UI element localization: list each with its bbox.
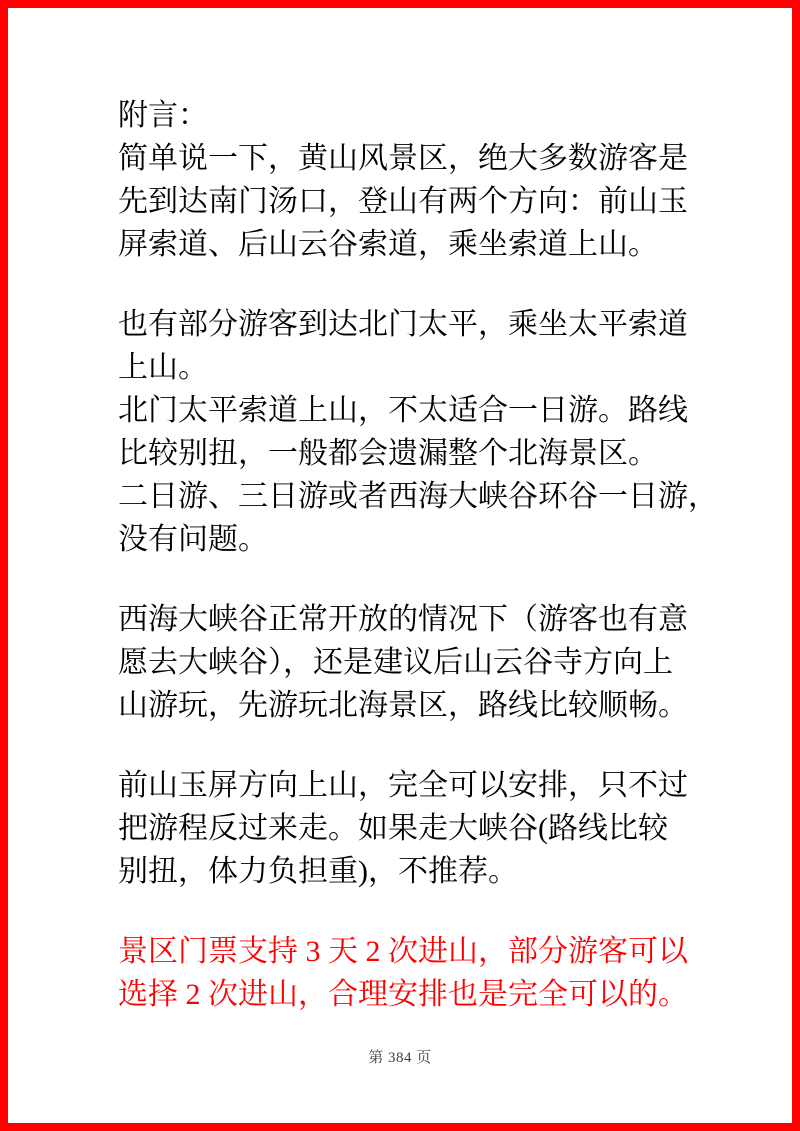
text-line: 比较别扭，一般都会遗漏整个北海景区。	[118, 432, 728, 475]
text-line: 把游程反过来走。如果走大峡谷(路线比较	[118, 807, 728, 850]
document-body: 附言： 简单说一下，黄山风景区，绝大多数游客是 先到达南门汤口，登山有两个方向：…	[118, 94, 728, 1016]
paragraph-front-mountain: 前山玉屏方向上山，完全可以安排，只不过 把游程反过来走。如果走大峡谷(路线比较 …	[118, 764, 728, 893]
paragraph-north-gate: 也有部分游客到达北门太平，乘坐太平索道 上山。 北门太平索道上山，不太适合一日游…	[118, 303, 728, 561]
text-line: 先到达南门汤口，登山有两个方向：前山玉	[118, 180, 728, 223]
text-line: 愿去大峡谷），还是建议后山云谷寺方向上	[118, 641, 728, 684]
paragraph-west-canyon: 西海大峡谷正常开放的情况下（游客也有意 愿去大峡谷），还是建议后山云谷寺方向上 …	[118, 598, 728, 727]
text-line: 选择 2 次进山，合理安排也是完全可以的。	[118, 973, 728, 1016]
footer-page-number: 第 384 页	[8, 1050, 792, 1067]
text-line: 也有部分游客到达北门太平，乘坐太平索道	[118, 303, 728, 346]
document-page: 附言： 简单说一下，黄山风景区，绝大多数游客是 先到达南门汤口，登山有两个方向：…	[0, 0, 800, 1131]
text-line: 西海大峡谷正常开放的情况下（游客也有意	[118, 598, 728, 641]
text-line: 北门太平索道上山，不太适合一日游。路线	[118, 389, 728, 432]
text-line: 屏索道、后山云谷索道，乘坐索道上山。	[118, 223, 728, 266]
text-line: 景区门票支持 3 天 2 次进山，部分游客可以	[118, 930, 728, 973]
text-line: 别扭，体力负担重)，不推荐。	[118, 850, 728, 893]
text-line: 上山。	[118, 346, 728, 389]
text-line: 前山玉屏方向上山，完全可以安排，只不过	[118, 764, 728, 807]
paragraph-ticket-notice: 景区门票支持 3 天 2 次进山，部分游客可以 选择 2 次进山，合理安排也是完…	[118, 930, 728, 1016]
text-line: 简单说一下，黄山风景区，绝大多数游客是	[118, 137, 728, 180]
text-line: 附言：	[118, 94, 728, 137]
text-line: 山游玩，先游玩北海景区，路线比较顺畅。	[118, 684, 728, 727]
text-line: 二日游、三日游或者西海大峡谷环谷一日游，	[118, 475, 728, 518]
text-line: 没有问题。	[118, 518, 728, 561]
paragraph-intro: 附言： 简单说一下，黄山风景区，绝大多数游客是 先到达南门汤口，登山有两个方向：…	[118, 94, 728, 266]
